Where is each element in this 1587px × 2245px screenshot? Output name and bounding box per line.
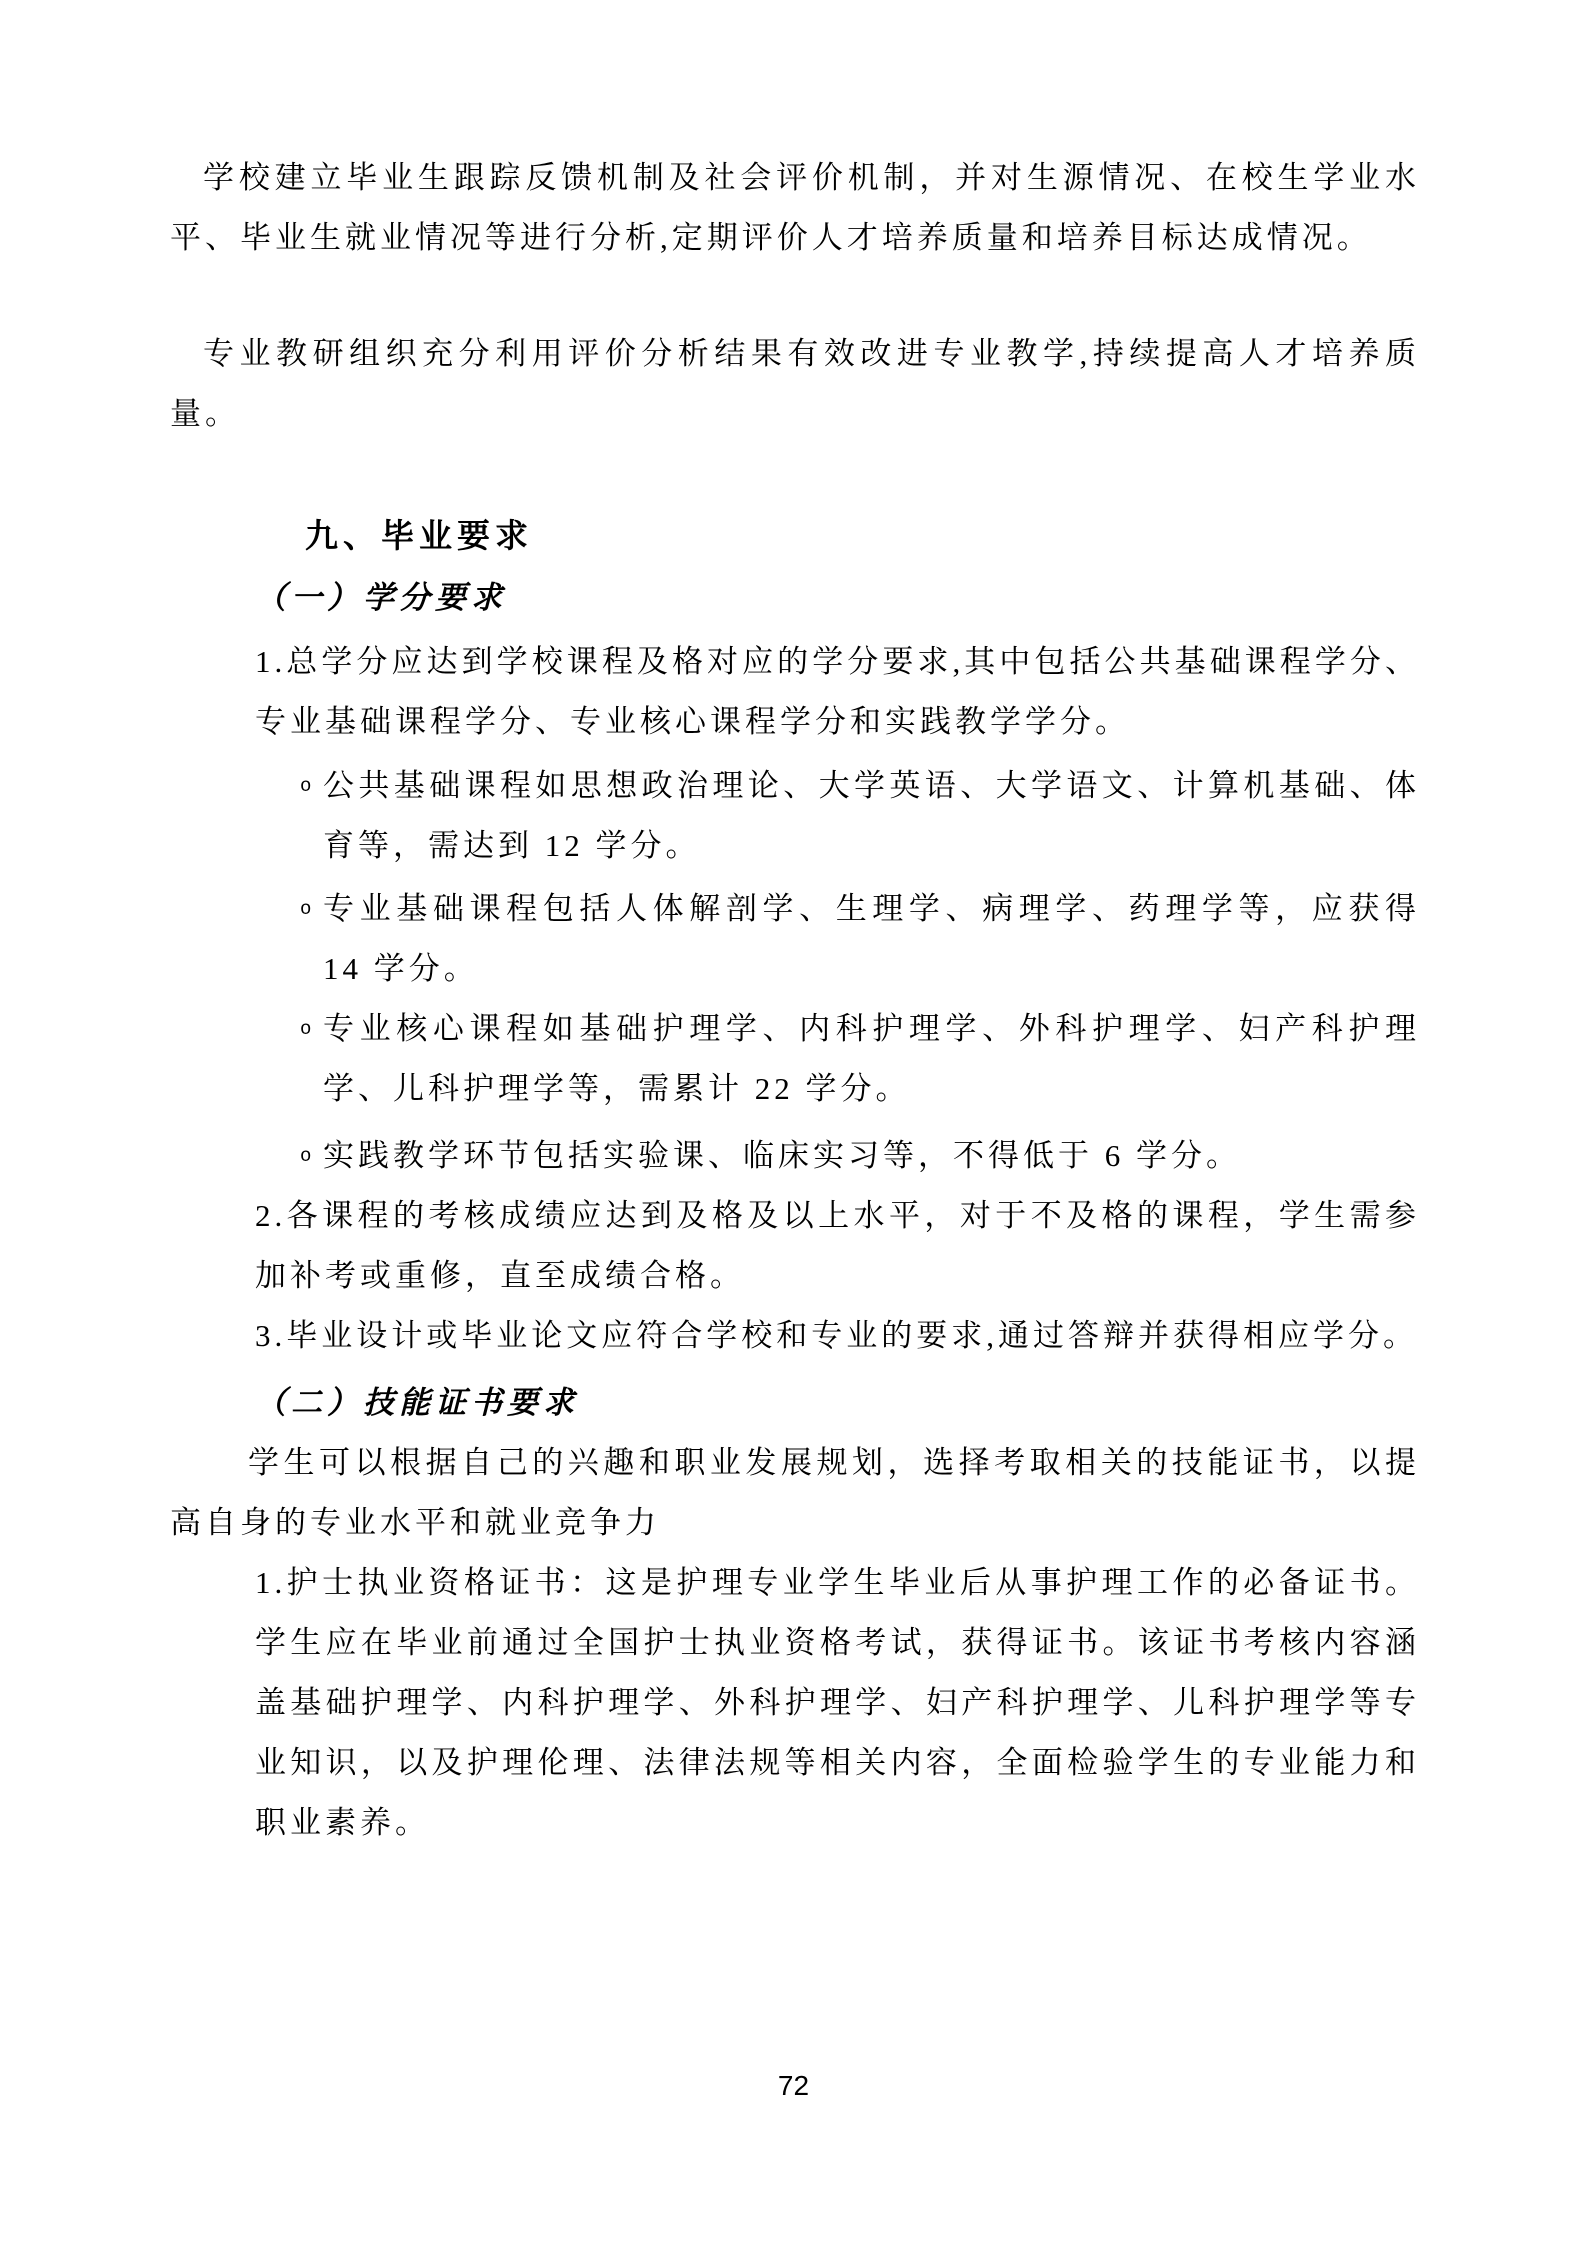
credit-item-total-credits: 1.总学分应达到学校课程及格对应的学分要求,其中包括公共基础课程学分、专业基础课… xyxy=(255,632,1420,752)
bullet-marker-icon: o xyxy=(300,879,323,939)
paragraph-quality-feedback: 学校建立毕业生跟踪反馈机制及社会评价机制，并对生源情况、在校生学业水平、毕业生就… xyxy=(170,148,1420,268)
bullet-marker-icon: o xyxy=(300,999,323,1059)
section-heading-graduation-requirements: 九、毕业要求 xyxy=(305,506,1420,566)
credit-item-course-scores: 2.各课程的考核成绩应达到及格及以上水平，对于不及格的课程，学生需参加补考或重修… xyxy=(255,1186,1420,1306)
bullet-item-public-basic-courses: o 公共基础课程如思想政治理论、大学英语、大学语文、计算机基础、体育等，需达到 … xyxy=(300,756,1420,876)
bullet-item-professional-core-courses: o 专业核心课程如基础护理学、内科护理学、外科护理学、妇产科护理学、儿科护理学等… xyxy=(300,999,1420,1119)
subsection-heading-credit-requirements: （一）学分要求 xyxy=(255,568,1420,628)
bullet-text-professional-core-courses: 专业核心课程如基础护理学、内科护理学、外科护理学、妇产科护理学、儿科护理学等，需… xyxy=(323,999,1420,1119)
credit-item-graduation-thesis: 3.毕业设计或毕业论文应符合学校和专业的要求,通过答辩并获得相应学分。 xyxy=(255,1306,1420,1366)
bullet-marker-icon: o xyxy=(300,756,323,816)
bullet-item-professional-basic-courses: o 专业基础课程包括人体解剖学、生理学、病理学、药理学等，应获得 14 学分。 xyxy=(300,879,1420,999)
subsection-heading-certificate-requirements: （二）技能证书要求 xyxy=(255,1373,1420,1433)
bullet-text-professional-basic-courses: 专业基础课程包括人体解剖学、生理学、病理学、药理学等，应获得 14 学分。 xyxy=(323,879,1420,999)
bullet-text-public-basic-courses: 公共基础课程如思想政治理论、大学英语、大学语文、计算机基础、体育等，需达到 12… xyxy=(323,756,1420,876)
paragraph-certificate-intro: 学生可以根据自己的兴趣和职业发展规划，选择考取相关的技能证书，以提高自身的专业水… xyxy=(170,1433,1420,1553)
bullet-marker-icon: o xyxy=(300,1126,323,1186)
bullet-item-practical-teaching: o 实践教学环节包括实验课、临床实习等，不得低于 6 学分。 xyxy=(300,1126,1420,1186)
document-page: 学校建立毕业生跟踪反馈机制及社会评价机制，并对生源情况、在校生学业水平、毕业生就… xyxy=(0,0,1587,2245)
bullet-text-practical-teaching: 实践教学环节包括实验课、临床实习等，不得低于 6 学分。 xyxy=(323,1126,1420,1186)
paragraph-teaching-improvement: 专业教研组织充分利用评价分析结果有效改进专业教学,持续提高人才培养质量。 xyxy=(170,324,1420,444)
page-number: 72 xyxy=(0,2070,1587,2102)
certificate-item-nurse-license: 1.护士执业资格证书：这是护理专业学生毕业后从事护理工作的必备证书。学生应在毕业… xyxy=(255,1553,1420,1853)
